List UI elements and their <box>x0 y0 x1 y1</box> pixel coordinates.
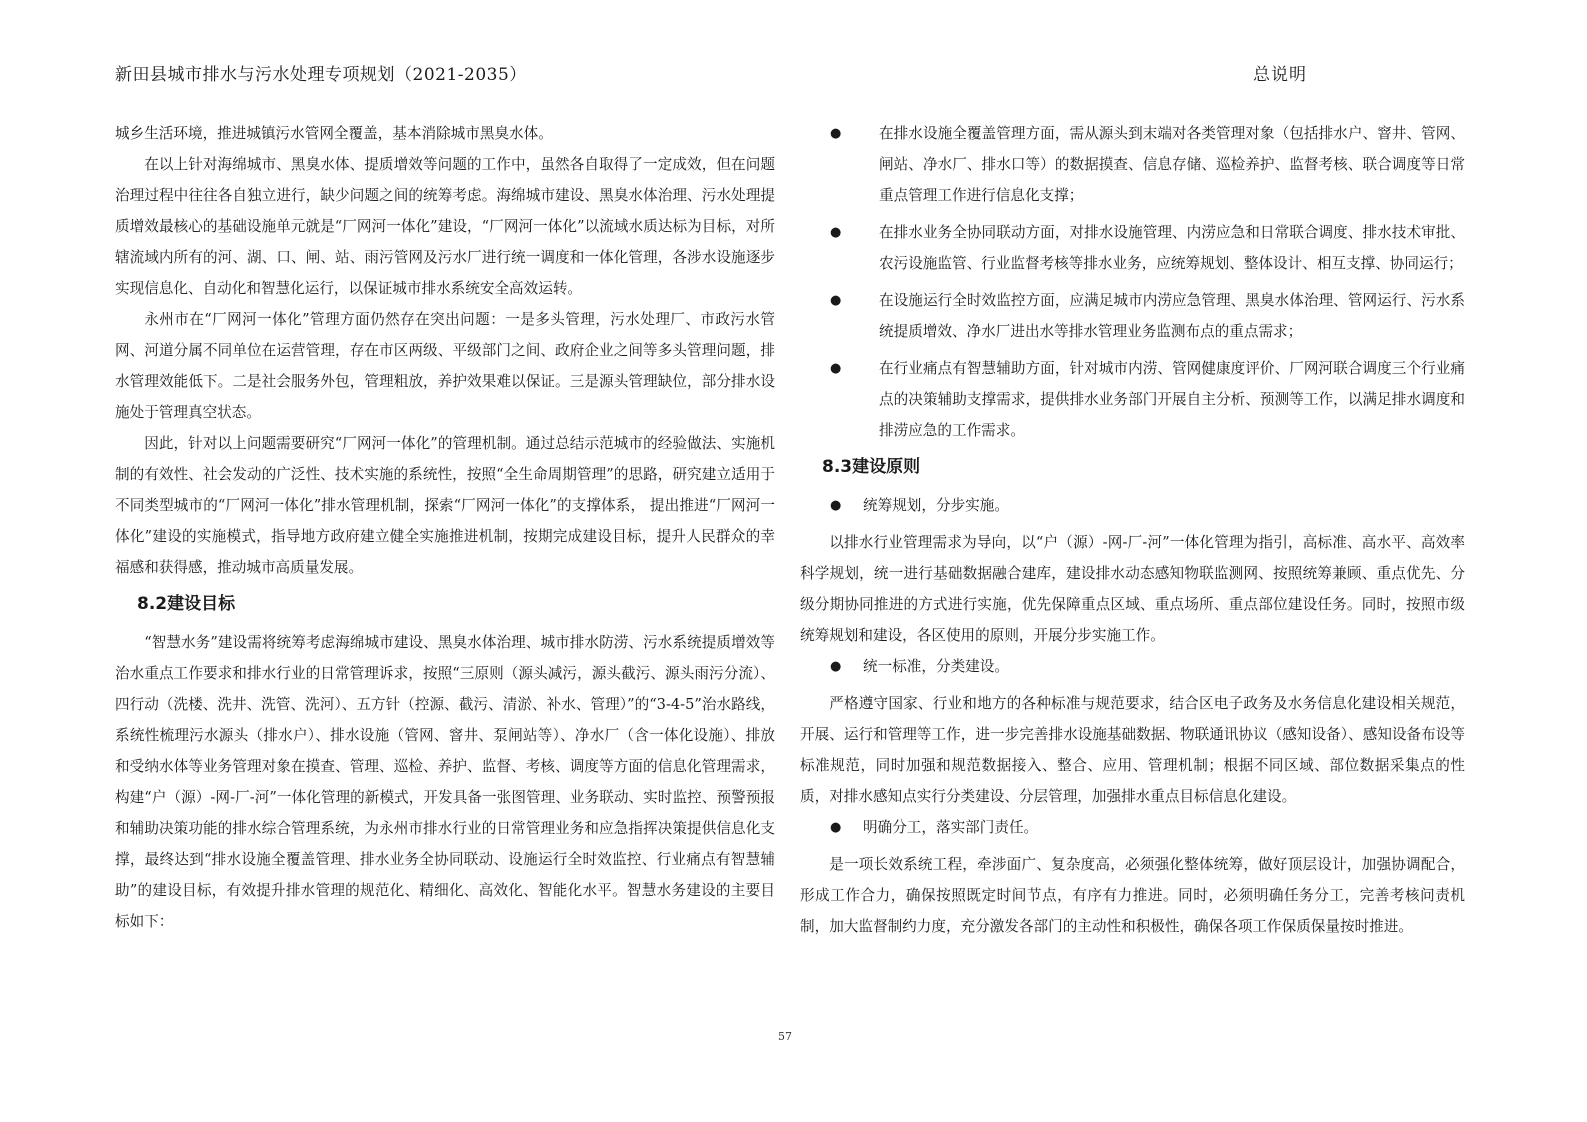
goal-text: 在设施运行全时效监控方面，应满足城市内涝应急管理、黑臭水体治理、管网运行、污水系… <box>879 285 1465 347</box>
section-heading-8-3: 8.3建设原则 <box>822 450 1465 484</box>
principle-title: ●明确分工，落实部门责任。 <box>800 812 1465 843</box>
paragraph: 永州市在“厂网河一体化”管理方面仍然存在突出问题：一是多头管理，污水处理厂、市政… <box>115 304 775 428</box>
bullet-icon: ● <box>800 353 879 446</box>
goal-item: ●在排水业务全协同联动方面，对排水设施管理、内涝应急和日常联合调度、排水技术审批… <box>800 217 1465 279</box>
page-header-section: 总说明 <box>1253 60 1307 85</box>
goal-text: 在排水设施全覆盖管理方面，需从源头到末端对各类管理对象（包括排水户、窨井、管网、… <box>879 118 1465 211</box>
bullet-icon: ● <box>800 812 863 843</box>
paragraph: 在以上针对海绵城市、黑臭水体、提质增效等问题的工作中，虽然各自取得了一定成效，但… <box>115 149 775 304</box>
bullet-icon: ● <box>800 217 879 279</box>
goal-item: ●在设施运行全时效监控方面，应满足城市内涝应急管理、黑臭水体治理、管网运行、污水… <box>800 285 1465 347</box>
principle-text: 是一项长效系统工程，牵涉面广、复杂度高，必须强化整体统筹，做好顶层设计，加强协调… <box>800 849 1465 942</box>
left-column: 城乡生活环境，推进城镇污水管网全覆盖，基本消除城市黑臭水体。 在以上针对海绵城市… <box>115 118 775 937</box>
paragraph: “智慧水务”建设需将统筹考虑海绵城市建设、黑臭水体治理、城市排水防涝、污水系统提… <box>115 627 775 937</box>
right-column: ●在排水设施全覆盖管理方面，需从源头到末端对各类管理对象（包括排水户、窨井、管网… <box>800 118 1465 942</box>
bullet-icon: ● <box>800 118 879 211</box>
bullet-icon: ● <box>800 285 879 347</box>
bullet-icon: ● <box>800 651 863 682</box>
goal-text: 在行业痛点有智慧辅助方面，针对城市内涝、管网健康度评价、厂网河联合调度三个行业痛… <box>879 353 1465 446</box>
goal-item: ●在排水设施全覆盖管理方面，需从源头到末端对各类管理对象（包括排水户、窨井、管网… <box>800 118 1465 211</box>
principle-title: ●统一标准，分类建设。 <box>800 651 1465 682</box>
paragraph: 因此，针对以上问题需要研究“厂网河一体化”的管理机制。通过总结示范城市的经验做法… <box>115 428 775 583</box>
section-heading-8-2: 8.2建设目标 <box>137 587 775 621</box>
page-header-title: 新田县城市排水与污水处理专项规划（2021-2035） <box>115 60 527 85</box>
goal-item: ●在行业痛点有智慧辅助方面，针对城市内涝、管网健康度评价、厂网河联合调度三个行业… <box>800 353 1465 446</box>
paragraph: 城乡生活环境，推进城镇污水管网全覆盖，基本消除城市黑臭水体。 <box>115 118 775 149</box>
principle-title: ●统筹规划，分步实施。 <box>800 490 1465 521</box>
page-number: 57 <box>778 1030 792 1043</box>
principle-text: 以排水行业管理需求为导向，以“户（源）-网-厂-河”一体化管理为指引，高标准、高… <box>800 527 1465 651</box>
goal-text: 在排水业务全协同联动方面，对排水设施管理、内涝应急和日常联合调度、排水技术审批、… <box>879 217 1465 279</box>
principle-text: 严格遵守国家、行业和地方的各种标准与规范要求，结合区电子政务及水务信息化建设相关… <box>800 688 1465 812</box>
bullet-icon: ● <box>800 490 863 521</box>
